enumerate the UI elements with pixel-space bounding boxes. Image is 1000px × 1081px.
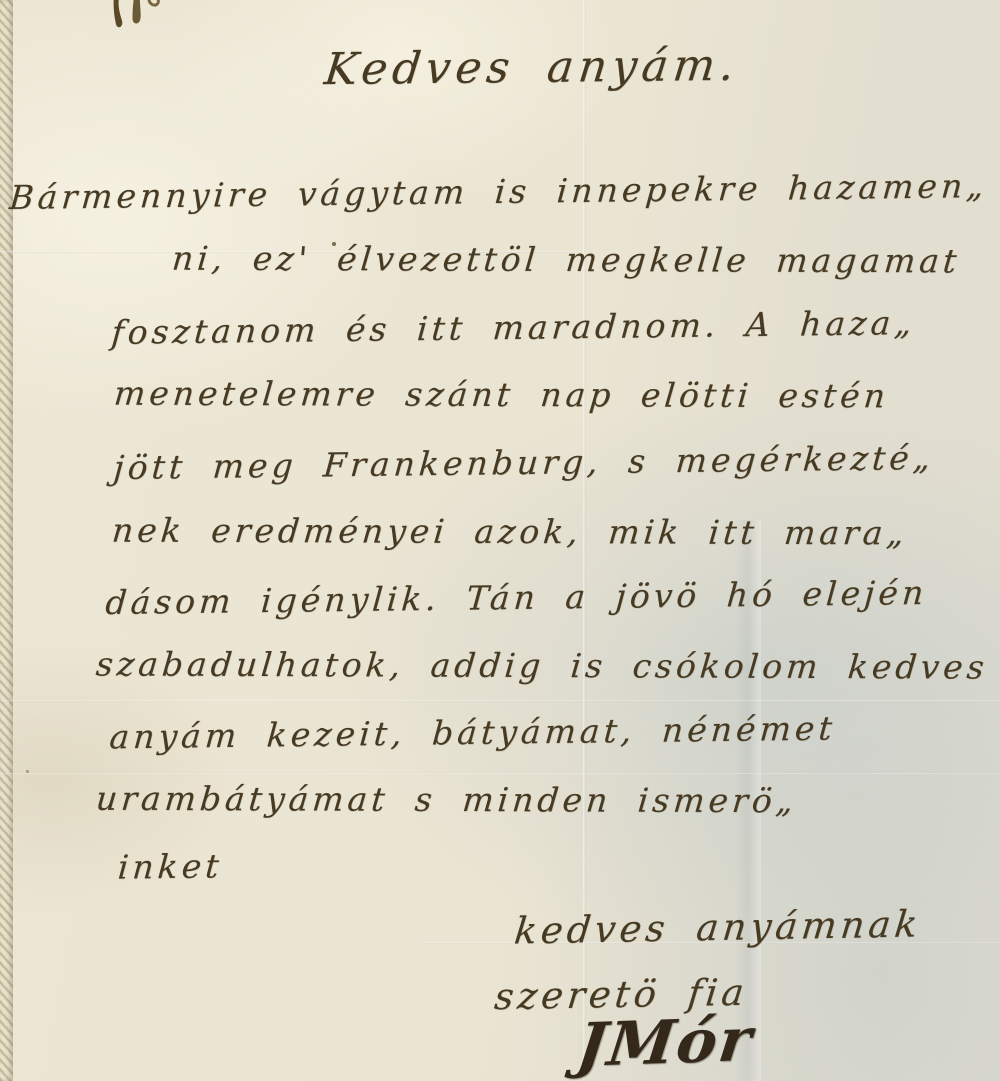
letter-line: nek eredményei azok, mik itt mara„ (110, 511, 909, 553)
letter-line: szabadulhatok, addig is csókolom kedves (94, 644, 989, 686)
letter-line: inket (116, 846, 224, 886)
letter-scan: Kedves anyám. Bármennyire vágytam is inn… (0, 0, 1000, 1081)
signature: JMór (573, 1005, 757, 1081)
letter-line: Bármennyire vágytam is innepekre hazamen… (8, 166, 989, 217)
letter-line: menetelemre szánt nap elötti estén (112, 374, 890, 416)
letter-line: fosztanom és itt maradnom. A haza„ (110, 303, 917, 352)
salutation: Kedves anyám. (322, 40, 742, 95)
ink-flourish-icon (100, 0, 172, 42)
letter-line: anyám kezeit, bátyámat, nénémet (108, 709, 837, 757)
closing-line: kedves anyámnak (512, 902, 923, 952)
torn-edge (0, 0, 13, 1081)
letter-line: urambátyámat s minden ismerö„ (94, 779, 798, 820)
ink-speck (26, 770, 29, 773)
letter-line: jött meg Frankenburg, s megérkezté„ (112, 438, 935, 487)
horizontal-crease (0, 772, 1000, 774)
horizontal-crease (0, 700, 1000, 702)
letter-line: dásom igénylik. Tán a jövö hó elején (104, 573, 929, 622)
letter-line: ni, ez' élvezettöl megkelle magamat (170, 239, 962, 281)
